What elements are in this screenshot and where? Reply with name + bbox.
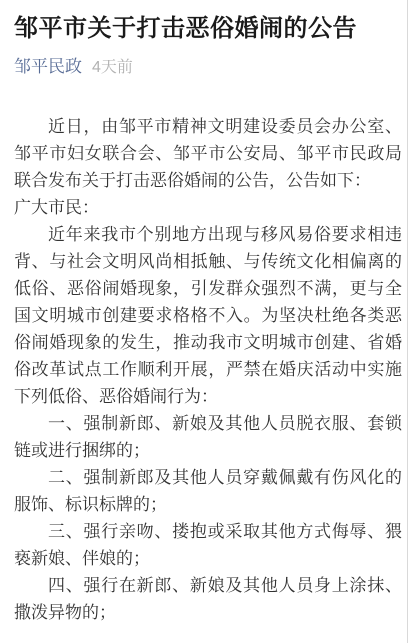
article-paragraph: 广大市民：: [14, 194, 402, 221]
scrollbar-track-line: [407, 0, 408, 643]
article-paragraph: 近日，由邹平市精神文明建设委员会办公室、邹平市妇女联合会、邹平市公安局、邹平市民…: [14, 113, 402, 194]
article-meta: 邹平民政 4天前: [14, 55, 402, 80]
article-page: 邹平市关于打击恶俗婚闹的公告 邹平民政 4天前 近日，由邹平市精神文明建设委员会…: [0, 0, 414, 626]
author-link[interactable]: 邹平民政: [14, 55, 82, 79]
article-paragraph: 二、强制新郎及其他人员穿戴佩戴有伤风化的服饰、标识标牌的；: [14, 464, 402, 518]
article-body: 近日，由邹平市精神文明建设委员会办公室、邹平市妇女联合会、邹平市公安局、邹平市民…: [14, 113, 402, 626]
article-title: 邹平市关于打击恶俗婚闹的公告: [14, 12, 402, 45]
article-paragraph: 四、强行在新郎、新娘及其他人员身上涂抹、撒泼异物的；: [14, 572, 402, 626]
article-paragraph: 近年来我市个别地方出现与移风易俗要求相违背、与社会文明风尚相抵触、与传统文化相偏…: [14, 221, 402, 410]
publish-time: 4天前: [92, 56, 133, 80]
article-paragraph: 三、强行亲吻、搂抱或采取其他方式侮辱、猥亵新娘、伴娘的；: [14, 518, 402, 572]
article-paragraph: 一、强制新郎、新娘及其他人员脱衣服、套锁链或进行捆绑的；: [14, 410, 402, 464]
